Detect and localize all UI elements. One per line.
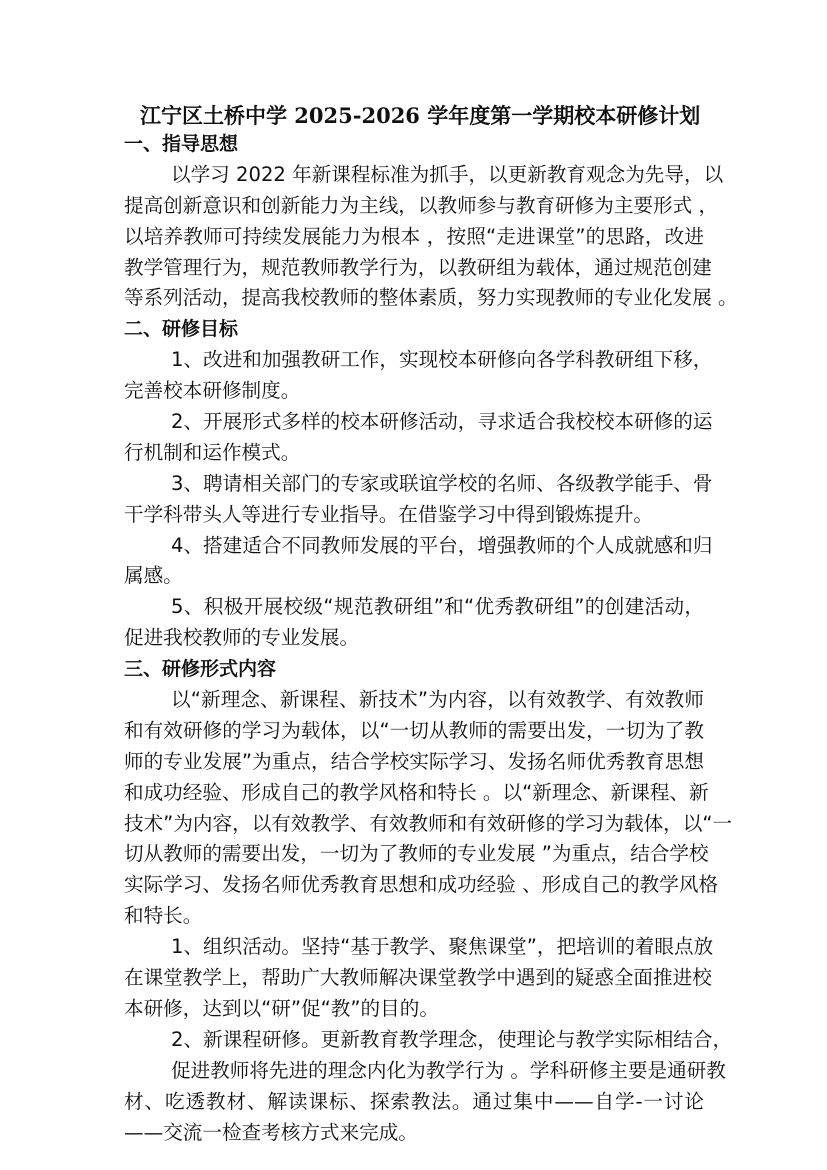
list-item-line: 5、积极开展校级“规范教研组”和“优秀教研组”的创建活动， — [124, 592, 704, 623]
list-item-line: 1、改进和加强教研工作，实现校本研修向各学科教研组下移， — [124, 345, 704, 376]
list-item-line: 干学科带头人等进行专业指导。在借鉴学习中得到锻炼提升。 — [124, 500, 704, 531]
document-page: 江宁区土桥中学 2025-2026 学年度第一学期校本研修计划 一、指导思想 以… — [0, 0, 827, 1170]
list-item-line: 材、吃透教材、解读课标、探索教法。通过集中——自学-一讨论 — [124, 1087, 704, 1118]
list-item-line: ——交流一检查考核方式来完成。 — [124, 1118, 704, 1149]
list-item-line: 完善校本研修制度。 — [124, 376, 704, 407]
list-item-line: 本研修，达到以“研”促“教”的目的。 — [124, 994, 704, 1025]
list-item-line: 4、搭建适合不同教师发展的平台，增强教师的个人成就感和归 — [124, 531, 704, 562]
paragraph-line: 和特长。 — [124, 901, 704, 932]
document-title: 江宁区土桥中学 2025-2026 学年度第一学期校本研修计划 — [140, 100, 720, 132]
list-item-line: 行机制和运作模式。 — [124, 438, 704, 469]
paragraph-line: 以“新理念、新课程、新技术”为内容，以有效教学、有效教师 — [124, 685, 704, 716]
paragraph-line: 和有效研修的学习为载体，以“一切从教师的需要出发，一切为了教 — [124, 716, 704, 747]
list-item-line: 1、组织活动。坚持“基于教学、聚焦课堂”，把培训的着眼点放 — [124, 932, 704, 963]
list-item-line: 促进我校教师的专业发展。 — [124, 623, 704, 654]
list-item-line: 促进教师将先进的理念内化为教学行为 。学科研修主要是通研教 — [124, 1056, 704, 1087]
list-item-line: 3、聘请相关部门的专家或联谊学校的名师、各级教学能手、骨 — [124, 469, 704, 500]
paragraph-line: 以培养教师可持续发展能力为根本 ，按照“走进课堂”的思路，改进 — [124, 222, 704, 253]
paragraph-line: 切从教师的需要出发，一切为了教师的专业发展 ”为重点，结合学校 — [124, 839, 704, 870]
document-body: 一、指导思想 以学习 2022 年新课程标准为抓手，以更新教育观念为先导，以 提… — [124, 129, 704, 1148]
list-item-line: 2、新课程研修。更新教育教学理念，使理论与教学实际相结合， — [124, 1025, 704, 1056]
section-heading-guiding-ideology: 一、指导思想 — [124, 129, 704, 160]
list-item-line: 2、开展形式多样的校本研修活动，寻求适合我校校本研修的运 — [124, 407, 704, 438]
section-heading-training-forms: 三、研修形式内容 — [124, 654, 704, 685]
list-item-line: 属感。 — [124, 561, 704, 592]
section-heading-training-goals: 二、研修目标 — [124, 314, 704, 345]
paragraph-line: 和成功经验、形成自己的教学风格和特长 。以“新理念、新课程、新 — [124, 778, 704, 809]
paragraph-line: 提高创新意识和创新能力为主线，以教师参与教育研修为主要形式 ， — [124, 191, 704, 222]
paragraph-line: 等系列活动，提高我校教师的整体素质，努力实现教师的专业化发展 。 — [124, 283, 704, 314]
paragraph-line: 教学管理行为，规范教师教学行为，以教研组为载体，通过规范创建 — [124, 253, 704, 284]
paragraph-line: 师的专业发展”为重点，结合学校实际学习、发扬名师优秀教育思想 — [124, 747, 704, 778]
paragraph-line: 技术”为内容，以有效教学、有效教师和有效研修的学习为载体，以“一 — [124, 809, 704, 840]
list-item-line: 在课堂教学上，帮助广大教师解决课堂教学中遇到的疑惑全面推进校 — [124, 963, 704, 994]
paragraph-line: 以学习 2022 年新课程标准为抓手，以更新教育观念为先导，以 — [124, 160, 704, 191]
paragraph-line: 实际学习、发扬名师优秀教育思想和成功经验 、形成自己的教学风格 — [124, 870, 704, 901]
